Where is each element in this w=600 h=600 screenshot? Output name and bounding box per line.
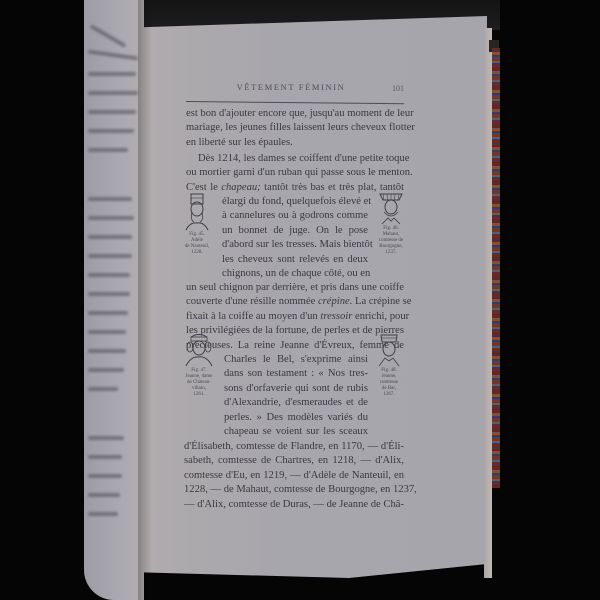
woman-fluted-hat-portrait-icon [376, 188, 406, 226]
text-line: chapeau se voient sur les sceaux [224, 425, 368, 439]
text-line: — d'Alix, comtesse de Duras, — de Jeanne… [184, 498, 404, 512]
narrow-text-block-2: Charles le Bel, s'exprime ainsi dans son… [224, 353, 368, 439]
paragraph-1: est bon d'ajouter encore que, jusqu'au m… [186, 107, 404, 150]
figure-47: Fig. 47. Jeanne, dame de Château- villai… [176, 332, 222, 398]
text-line: d'Alexandrie, d'esmeraudes et de [224, 396, 368, 410]
woman-toque-portrait-icon [182, 192, 212, 232]
figure-caption: Fig. 48. Jeanne, comtesse de Bar, 1267. [368, 368, 410, 398]
text-line-crepine: couverte d'une résille nommée crépine. L… [186, 295, 404, 309]
text-line: d'abord sur les tresses. Mais bientôt [222, 238, 368, 252]
text-line: perles. » Des modèles variés du [224, 411, 368, 425]
text-line: d'Élisabeth, comtesse de Flandre, en 117… [184, 440, 404, 454]
text-line: un seul chignon par derrière, et pris da… [186, 281, 404, 295]
text-line: sabeth, comtesse de Chartres, en 1218, —… [184, 454, 404, 468]
term-crepine: crépine. [318, 296, 352, 307]
figure-48: Fig. 48. Jeanne, comtesse de Bar, 1267. [368, 332, 410, 398]
text-line: est bon d'ajouter encore que, jusqu'au m… [186, 107, 404, 121]
left-page-curl [84, 0, 144, 600]
text-line: en liberté sur les épaules. [186, 136, 404, 150]
text-span: couverte d'une résille nommée [186, 296, 318, 307]
figure-45: Fig. 45. Adèle de Nanteuil, 1228. [176, 192, 218, 256]
paragraph-2-bottom: d'Élisabeth, comtesse de Flandre, en 117… [184, 440, 404, 512]
text-line: les cheveux sont relevés en deux [222, 253, 368, 267]
running-head: VÊTEMENT FÉMININ [176, 82, 406, 92]
text-line: un bonnet de juge. On le pose [222, 224, 368, 238]
figure-caption: Fig. 45. Adèle de Nanteuil, 1228. [176, 232, 218, 256]
text-span: fixait à la coiffe au moyen d'un [186, 311, 320, 322]
marbled-cover-edge [492, 48, 500, 488]
page-edges [484, 28, 492, 578]
text-span: La crépine se [352, 296, 411, 307]
term-tressoir: tressoir [320, 311, 352, 322]
page-number: 101 [392, 84, 404, 93]
text-line: Charles le Bel, s'exprime ainsi [224, 353, 368, 367]
text-line: élargi du fond, quelquefois élevé et [222, 195, 368, 209]
text-line: à cannelures ou à godrons comme [222, 209, 368, 223]
left-page-blurred-text [88, 30, 144, 531]
text-line: dans son testament : « Nos tres- [224, 367, 368, 381]
narrow-text-block-1: élargi du fond, quelquefois élevé et à c… [222, 195, 368, 281]
book-photo: VÊTEMENT FÉMININ 101 est bon d'ajouter e… [0, 0, 600, 600]
figure-caption: Fig. 47. Jeanne, dame de Château- villai… [176, 368, 222, 398]
text-line: Dès 1214, les dames se coiffent d'une pe… [186, 152, 404, 166]
figure-46: Fig. 46. Mahaut, comtesse de Bourgogne, … [370, 188, 412, 256]
text-line: sons d'orfaverie qui sont de rubis [224, 382, 368, 396]
woman-tall-hat-portrait-icon [375, 332, 403, 368]
term-chapeau: chapeau; [221, 182, 260, 193]
figure-caption: Fig. 46. Mahaut, comtesse de Bourgogne, … [370, 226, 412, 256]
text-line: 1228, — de Mahaut, comtesse de Bourgogne… [184, 483, 404, 497]
gutter-shadow [138, 0, 152, 600]
text-span: enrichi, pour [352, 311, 409, 322]
text-line: ou mortier garni d'un ruban qui passe so… [186, 166, 404, 180]
text-line: comtesse d'Eu, en 1219, — d'Adèle de Nan… [184, 469, 404, 483]
text-line-tressoir: fixait à la coiffe au moyen d'un tressoi… [186, 310, 404, 324]
text-line: mariage, les jeunes filles laissent leur… [186, 121, 404, 135]
woman-chignons-portrait-icon [183, 332, 215, 368]
text-line: chignons, un de chaque côté, ou en [222, 267, 368, 281]
